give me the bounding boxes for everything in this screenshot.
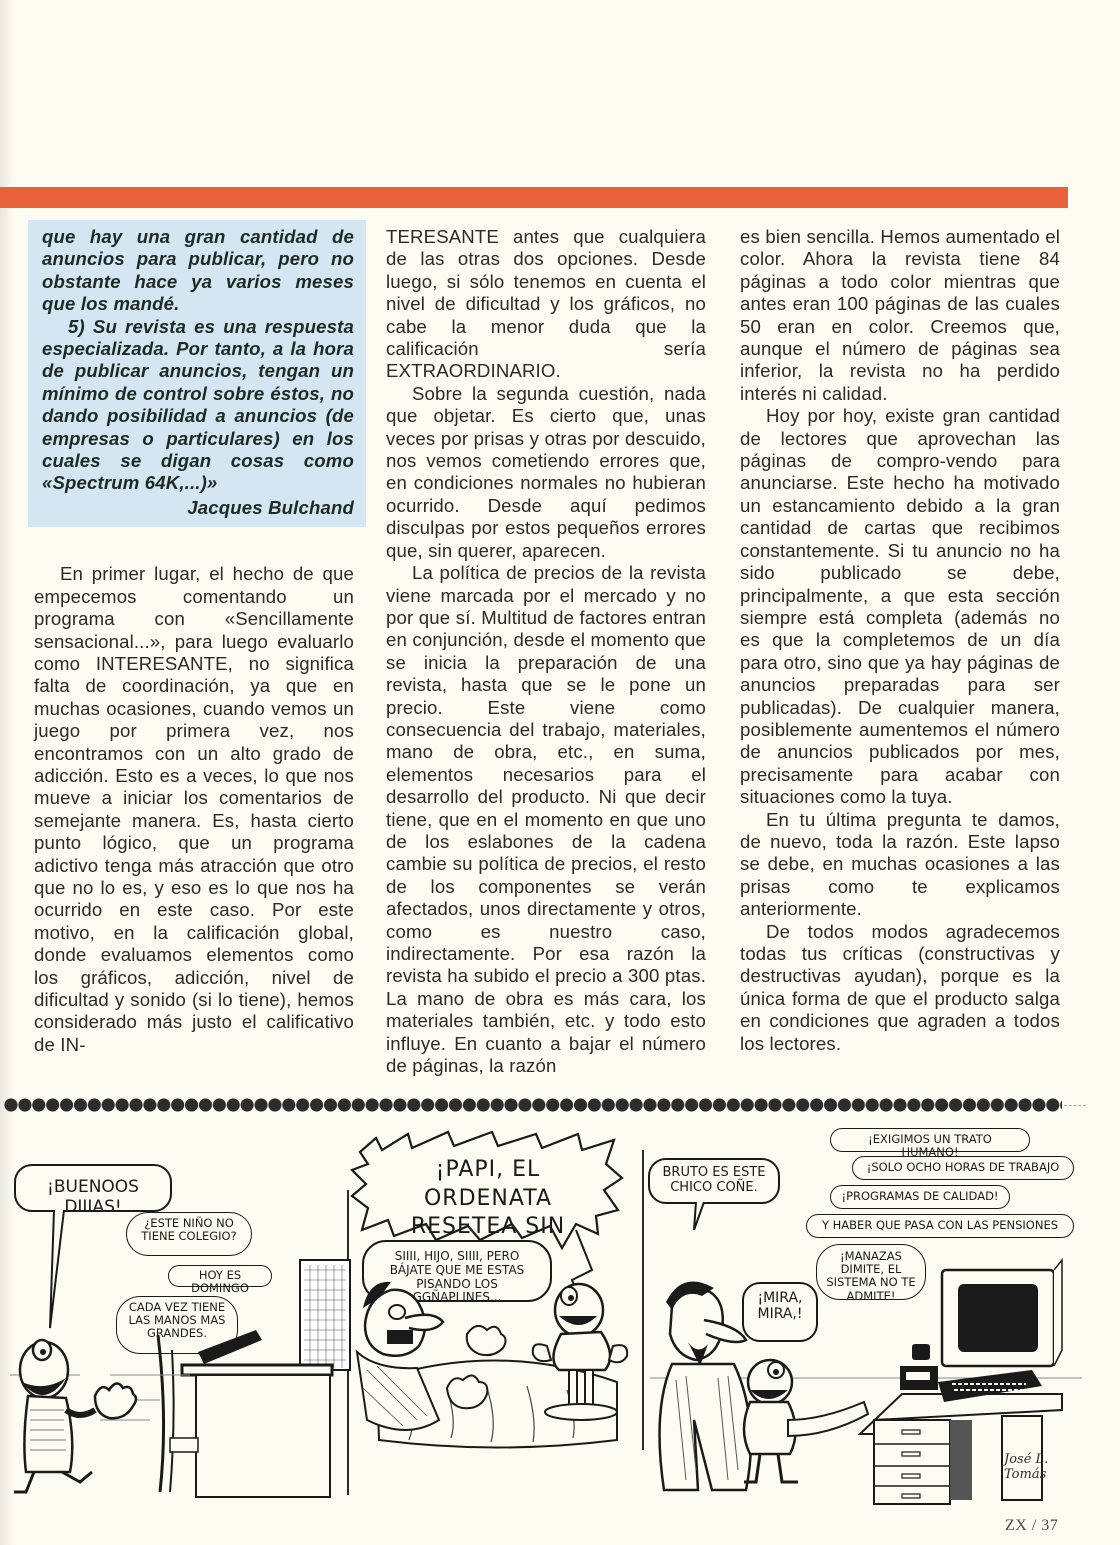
section-color-band (0, 187, 1068, 208)
body-paragraph: Hoy por hoy, existe gran cantidad de lec… (740, 405, 1060, 808)
illustration-father-and-kid (347, 1120, 642, 1500)
artist-signature: José L. Tomás (1004, 1452, 1090, 1482)
text-column-3: es bien sencilla. Hemos aumentado el col… (740, 226, 1060, 1055)
quote-paragraph: que hay una gran cantidad de anuncios pa… (42, 226, 354, 316)
dotted-separator (4, 1098, 1062, 1112)
illustration-man-kid-computer (642, 1120, 1090, 1500)
body-paragraph: TERESANTE antes que cualquiera de las ot… (386, 226, 706, 383)
letter-signature: Jacques Bulchand (42, 497, 354, 519)
quote-paragraph: 5) Su revista es una respuesta especiali… (42, 316, 354, 495)
body-paragraph: En tu última pregunta te damos, de nuevo… (740, 809, 1060, 921)
text-column-1: que hay una gran cantidad de anuncios pa… (34, 226, 354, 1056)
body-paragraph: En primer lugar, el hecho de que empecem… (34, 563, 354, 1056)
body-paragraph: La política de precios de la revista vie… (386, 562, 706, 1077)
dotted-separator-tail (1064, 1105, 1086, 1106)
page-folio: ZX / 37 (1005, 1517, 1058, 1535)
text-column-2: TERESANTE antes que cualquiera de las ot… (386, 226, 706, 1077)
illustration-kid-waving (0, 1120, 347, 1500)
body-paragraph: De todos modos agradecemos todas tus crí… (740, 921, 1060, 1055)
comic-strip: ¡BUENOOS DIIIAS! ¿ESTE NIÑO NO TIENE COL… (0, 1120, 1090, 1500)
reader-letter-quote: que hay una gran cantidad de anuncios pa… (28, 220, 366, 527)
body-paragraph: es bien sencilla. Hemos aumentado el col… (740, 226, 1060, 405)
body-paragraph: Sobre la segunda cuestión, nada que obje… (386, 383, 706, 562)
